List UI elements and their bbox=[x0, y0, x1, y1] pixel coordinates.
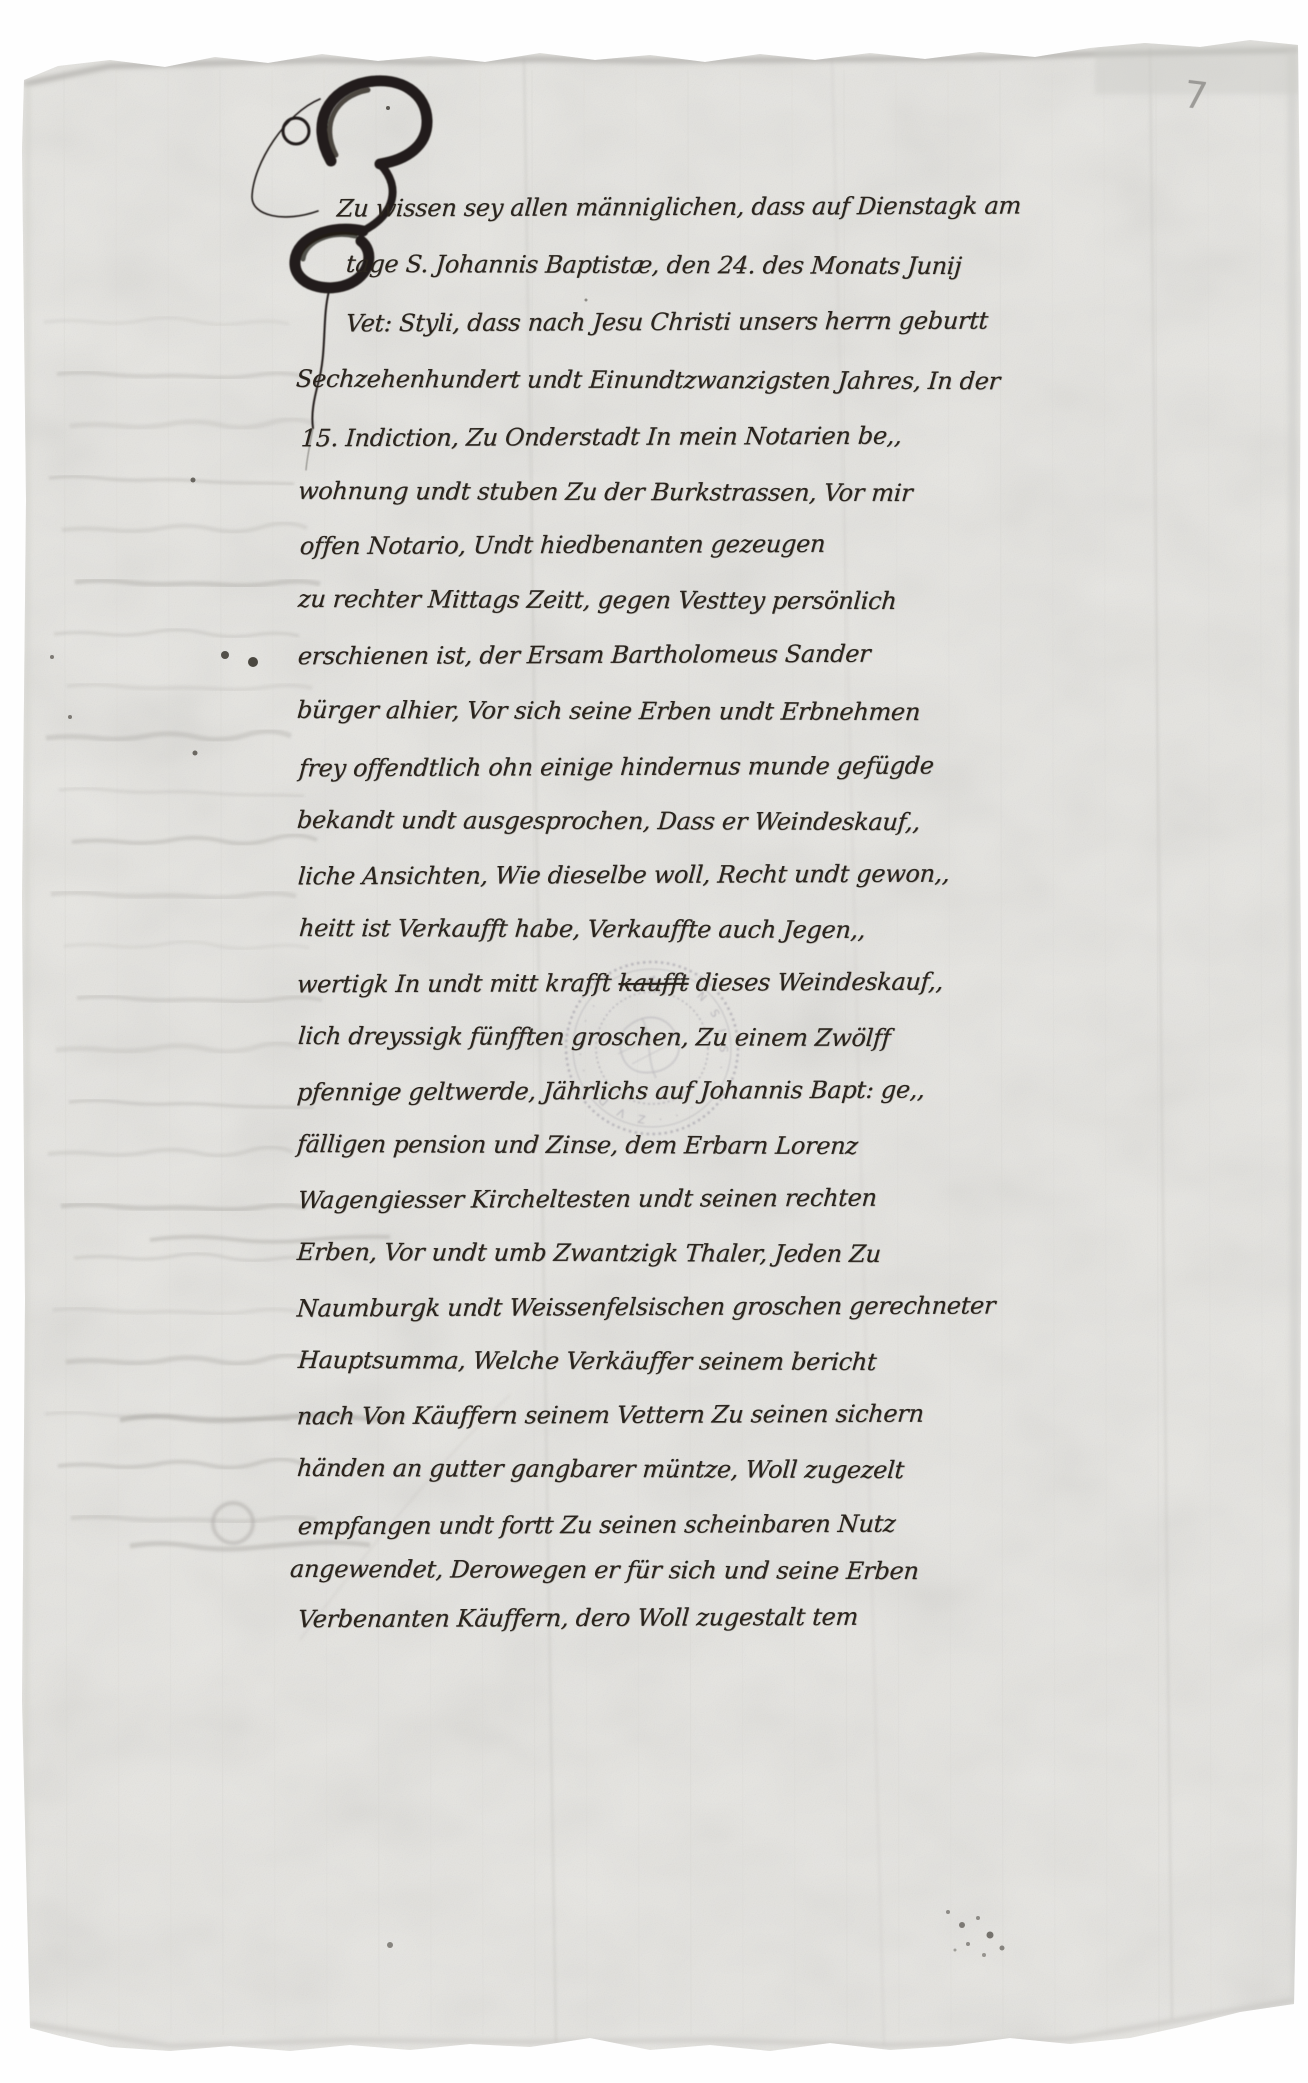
manuscript-line: heitt ist Verkaufft habe, Verkauffte auc… bbox=[298, 914, 866, 944]
line-segment: wertigk In undt mitt krafft bbox=[296, 969, 619, 998]
scanned-manuscript-page: ✠ · · · N S I S · · · · · · Z V D · · · … bbox=[0, 0, 1308, 2083]
manuscript-line: Hauptsumma, Welche Verkäuffer seinem ber… bbox=[297, 1346, 877, 1376]
manuscript-line: frey offendtlich ohn einige hindernus mu… bbox=[298, 752, 935, 783]
manuscript-line: Erben, Vor undt umb Zwantzigk Thaler, Je… bbox=[296, 1238, 882, 1268]
line-segment: dieses Weindeskauf,, bbox=[688, 968, 944, 997]
manuscript-line: angewendet, Derowegen er für sich und se… bbox=[289, 1555, 920, 1585]
manuscript-line: zu rechter Mittags Zeitt, gegen Vesttey … bbox=[297, 585, 897, 615]
manuscript-line: fälligen pension und Zinse, dem Erbarn L… bbox=[296, 1130, 859, 1160]
manuscript-line: empfangen undt fortt Zu seinen scheinbar… bbox=[297, 1510, 896, 1541]
manuscript-line: Verbenanten Käuffern, dero Woll zugestal… bbox=[297, 1603, 859, 1633]
manuscript-line: Sechzehenhundert undt Einundtzwanzigsten… bbox=[295, 365, 1001, 395]
manuscript-line: offen Notario, Undt hiedbenanten gezeuge… bbox=[299, 530, 826, 560]
manuscript-line: händen an gutter gangbarer müntze, Woll … bbox=[296, 1454, 905, 1484]
manuscript-line-with-strikeout: wertigk In undt mitt krafft kaufft diese… bbox=[296, 968, 944, 999]
struck-word: kaufft bbox=[618, 969, 690, 997]
manuscript-line: wohnung undt stuben Zu der Burkstrassen,… bbox=[297, 477, 913, 507]
manuscript-line: liche Ansichten, Wie dieselbe woll, Rech… bbox=[297, 860, 950, 891]
manuscript-line: pfennige geltwerde, Jährlichs auf Johann… bbox=[296, 1076, 925, 1107]
manuscript-line: Zu wissen sey allen männiglichen, dass a… bbox=[336, 192, 1022, 223]
manuscript-line: bürger alhier, Vor sich seine Erben undt… bbox=[296, 696, 921, 726]
manuscript-line: 15. Indiction, Zu Onderstadt In mein Not… bbox=[300, 422, 903, 453]
manuscript-line: erschienen ist, der Ersam Bartholomeus S… bbox=[297, 640, 871, 670]
manuscript-line: bekandt undt ausgesprochen, Dass er Wein… bbox=[296, 806, 921, 836]
manuscript-line: nach Von Käuffern seinem Vettern Zu sein… bbox=[296, 1400, 925, 1431]
manuscript-line: tage S. Johannis Baptistæ, den 24. des M… bbox=[345, 250, 962, 280]
manuscript-line: Naumburgk undt Weissenfelsischen grosche… bbox=[296, 1291, 996, 1322]
manuscript-line: Vet: Styli, dass nach Jesu Christi unser… bbox=[345, 307, 989, 338]
manuscript-line: lich dreyssigk fünfften groschen, Zu ein… bbox=[297, 1022, 891, 1052]
manuscript-line: Wagengiesser Kircheltesten undt seinen r… bbox=[297, 1184, 878, 1215]
